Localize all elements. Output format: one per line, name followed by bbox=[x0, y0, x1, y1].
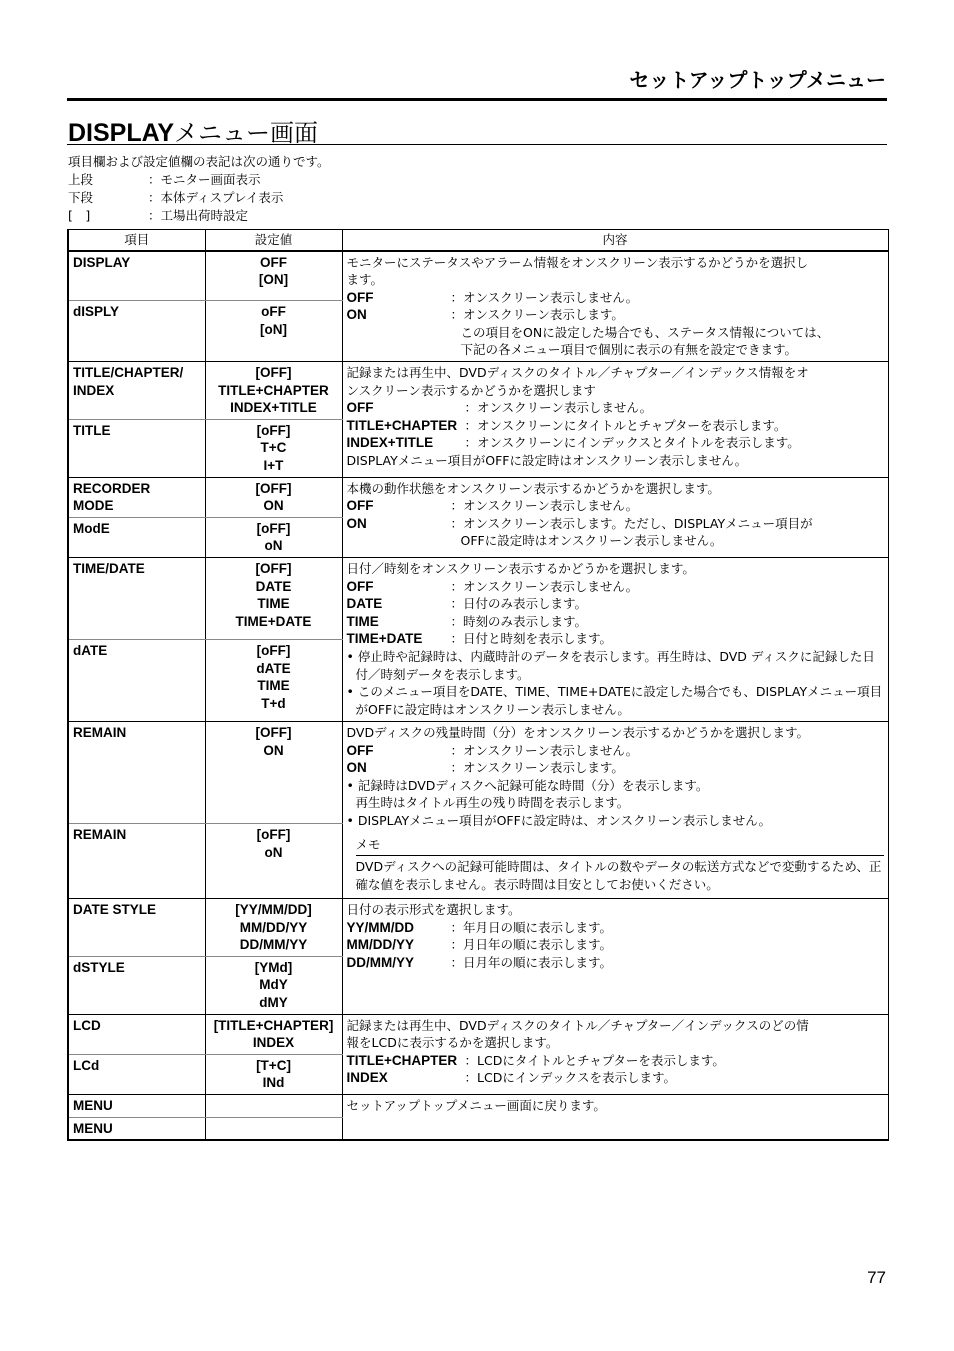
setting-value: [T+C] bbox=[210, 1057, 338, 1075]
option-value: ：オンスクリーンにインデックスとタイトルを表示します。 bbox=[465, 434, 800, 452]
option-value: ：オンスクリーン表示します。ただし、DISPLAYメニュー項目が bbox=[451, 515, 813, 533]
setting-value: DD/MM/YY bbox=[210, 936, 338, 954]
legend-intro: 項目欄および設定値欄の表記は次の通りです。 bbox=[68, 153, 330, 171]
option-value: ：オンスクリーン表示します。 bbox=[451, 759, 624, 777]
option-key: TITLE+CHAPTER bbox=[347, 417, 465, 435]
item-cell: dSTYLE bbox=[68, 956, 205, 1014]
description-cell: 本機の動作状態をオンスクリーン表示するかどうかを選択します。OFF：オンスクリー… bbox=[342, 477, 888, 557]
legend-value: ：モニター画面表示 bbox=[148, 171, 261, 189]
item-cell: RECORDERMODE bbox=[68, 477, 205, 517]
description-cell: モニターにステータスやアラーム情報をオンスクリーン表示するかどうかを選択します。… bbox=[342, 251, 888, 362]
item-cell: DISPLAY bbox=[68, 251, 205, 301]
setting-value: oN bbox=[210, 844, 338, 862]
option-row: TIME+DATE：日付と時刻を表示します。 bbox=[347, 630, 884, 648]
setting-value: [OFF] bbox=[210, 724, 338, 742]
item-label: INDEX bbox=[73, 382, 201, 400]
item-label: dATE bbox=[73, 642, 201, 660]
legend-value: ：本体ディスプレイ表示 bbox=[148, 189, 283, 207]
item-cell: REMAIN bbox=[68, 722, 205, 824]
option-row: OFF：オンスクリーン表示しません。 bbox=[347, 497, 884, 515]
title-rule bbox=[67, 144, 887, 145]
legend-key: 上段 bbox=[68, 171, 148, 189]
setting-value: OFF bbox=[210, 254, 338, 272]
setting-value: [oFF] bbox=[210, 642, 338, 660]
description-note: DISPLAYメニュー項目がOFFに設定時はオンスクリーン表示しません。 bbox=[347, 452, 884, 470]
option-value: ：オンスクリーン表示しません。 bbox=[451, 578, 639, 596]
option-key: OFF bbox=[347, 289, 451, 307]
option-row: DATE：日付のみ表示します。 bbox=[347, 595, 884, 613]
option-row: TITLE+CHAPTER：LCDにタイトルとチャプターを表示します。 bbox=[347, 1052, 884, 1070]
description-cell: 記録または再生中、DVDディスクのタイトル／チャプター／インデックス情報をオンス… bbox=[342, 362, 888, 478]
legend-key: 下段 bbox=[68, 189, 148, 207]
item-cell: MENU bbox=[68, 1094, 205, 1117]
setting-value: dMY bbox=[210, 994, 338, 1012]
legend-row: 上段 ：モニター画面表示 bbox=[68, 171, 330, 189]
option-key: DATE bbox=[347, 595, 451, 613]
option-row: YY/MM/DD：年月日の順に表示します。 bbox=[347, 919, 884, 937]
page-number: 77 bbox=[867, 1268, 886, 1288]
option-value: ：LCDにタイトルとチャプターを表示します。 bbox=[465, 1052, 725, 1070]
setting-value: TIME bbox=[210, 595, 338, 613]
table-header-row: 項目 設定値 内容 bbox=[68, 230, 888, 251]
option-value: ：オンスクリーン表示しません。 bbox=[451, 742, 639, 760]
table-row: LCD[TITLE+CHAPTER]INDEX記録または再生中、DVDディスクの… bbox=[68, 1014, 888, 1054]
option-row: INDEX+TITLE：オンスクリーンにインデックスとタイトルを表示します。 bbox=[347, 434, 884, 452]
description-cell: 日付の表示形式を選択します。YY/MM/DD：年月日の順に表示します。MM/DD… bbox=[342, 899, 888, 1015]
option-key: TIME bbox=[347, 613, 451, 631]
item-label: MODE bbox=[73, 497, 201, 515]
value-cell: [YMd]MdYdMY bbox=[205, 956, 342, 1014]
header-content: 内容 bbox=[342, 230, 888, 251]
item-cell: DATE STYLE bbox=[68, 899, 205, 957]
setting-value: [oFF] bbox=[210, 826, 338, 844]
item-label: LCd bbox=[73, 1057, 201, 1075]
table-row: MENUセットアップトップメニュー画面に戻ります。 bbox=[68, 1094, 888, 1117]
value-cell: [TITLE+CHAPTER]INDEX bbox=[205, 1014, 342, 1054]
setting-value: oN bbox=[210, 537, 338, 555]
option-row: MM/DD/YY：月日年の順に表示します。 bbox=[347, 936, 884, 954]
setting-value: ON bbox=[210, 497, 338, 515]
setting-value: MdY bbox=[210, 976, 338, 994]
item-cell: REMAIN bbox=[68, 824, 205, 899]
description-text: モニターにステータスやアラーム情報をオンスクリーン表示するかどうかを選択し bbox=[347, 254, 884, 272]
value-cell: OFF[ON] bbox=[205, 251, 342, 301]
setting-value: [oFF] bbox=[210, 422, 338, 440]
memo-body: DVDディスクへの記録可能時間は、タイトルの数やデータの転送方式などで変動するた… bbox=[356, 858, 884, 893]
table-row: RECORDERMODE[OFF]ON本機の動作状態をオンスクリーン表示するかど… bbox=[68, 477, 888, 517]
description-text: 記録または再生中、DVDディスクのタイトル／チャプター／インデックス情報をオ bbox=[347, 364, 884, 382]
item-cell: MENU bbox=[68, 1117, 205, 1140]
option-key: ON bbox=[347, 515, 451, 533]
item-label: TITLE bbox=[73, 422, 201, 440]
option-key: OFF bbox=[347, 497, 451, 515]
setting-value: dATE bbox=[210, 660, 338, 678]
option-key: INDEX+TITLE bbox=[347, 434, 465, 452]
legend: 項目欄および設定値欄の表記は次の通りです。 上段 ：モニター画面表示 下段 ：本… bbox=[68, 153, 330, 225]
setting-value: TITLE+CHAPTER bbox=[210, 382, 338, 400]
description-cell: DVDディスクの残量時間（分）をオンスクリーン表示するかどうかを選択します。OF… bbox=[342, 722, 888, 899]
value-cell: [OFF]ON bbox=[205, 477, 342, 517]
option-key: TIME+DATE bbox=[347, 630, 451, 648]
item-cell: TITLE/CHAPTER/INDEX bbox=[68, 362, 205, 420]
legend-row: [ ] ：工場出荷時設定 bbox=[68, 207, 330, 225]
option-key: YY/MM/DD bbox=[347, 919, 451, 937]
item-label: TITLE/CHAPTER/ bbox=[73, 364, 201, 382]
option-value: ：オンスクリーン表示しません。 bbox=[451, 497, 639, 515]
value-cell: [T+C]INd bbox=[205, 1054, 342, 1094]
setting-value: INDEX bbox=[210, 1034, 338, 1052]
value-cell: [OFF]ON bbox=[205, 722, 342, 824]
setting-value: TIME+DATE bbox=[210, 613, 338, 631]
table-row: TITLE/CHAPTER/INDEX[OFF]TITLE+CHAPTERIND… bbox=[68, 362, 888, 420]
value-cell: [oFF]oN bbox=[205, 824, 342, 899]
setting-value: INDEX+TITLE bbox=[210, 399, 338, 417]
option-key: OFF bbox=[347, 578, 451, 596]
description-cell: 日付／時刻をオンスクリーン表示するかどうかを選択します。OFF：オンスクリーン表… bbox=[342, 558, 888, 722]
display-menu-table: 項目 設定値 内容 DISPLAYOFF[ON]モニターにステータスやアラーム情… bbox=[67, 229, 889, 1141]
option-row: OFF：オンスクリーン表示しません。 bbox=[347, 399, 884, 417]
description-text: 日付／時刻をオンスクリーン表示するかどうかを選択します。 bbox=[347, 560, 884, 578]
item-cell: ModE bbox=[68, 517, 205, 557]
section-title: セットアップトップメニュー bbox=[629, 64, 886, 93]
item-label: MENU bbox=[73, 1120, 201, 1138]
item-label: DISPLAY bbox=[73, 254, 201, 272]
description-cell: セットアップトップメニュー画面に戻ります。 bbox=[342, 1094, 888, 1140]
value-cell: oFF[oN] bbox=[205, 301, 342, 362]
option-key: ON bbox=[347, 306, 451, 324]
description-text: ます。 bbox=[347, 271, 884, 289]
option-row: ON：オンスクリーン表示します。 bbox=[347, 306, 884, 324]
header-value: 設定値 bbox=[205, 230, 342, 251]
header-item: 項目 bbox=[68, 230, 205, 251]
item-cell: LCD bbox=[68, 1014, 205, 1054]
setting-value: [ON] bbox=[210, 271, 338, 289]
option-value: ：オンスクリーン表示しません。 bbox=[451, 289, 639, 307]
setting-value: [YMd] bbox=[210, 959, 338, 977]
value-cell: [oFF]dATETIMET+d bbox=[205, 640, 342, 722]
option-row: OFF：オンスクリーン表示しません。 bbox=[347, 742, 884, 760]
value-cell bbox=[205, 1117, 342, 1140]
setting-value: [OFF] bbox=[210, 560, 338, 578]
setting-value: oFF bbox=[210, 303, 338, 321]
item-label: MENU bbox=[73, 1097, 201, 1115]
option-value: ：日付のみ表示します。 bbox=[451, 595, 588, 613]
setting-value: DATE bbox=[210, 578, 338, 596]
item-label: dISPLY bbox=[73, 303, 201, 321]
item-label: LCD bbox=[73, 1017, 201, 1035]
description-text: 記録または再生中、DVDディスクのタイトル／チャプター／インデックスのどの情 bbox=[347, 1017, 884, 1035]
item-label: REMAIN bbox=[73, 724, 201, 742]
item-cell: TIME/DATE bbox=[68, 558, 205, 640]
option-row: TIME：時刻のみ表示します。 bbox=[347, 613, 884, 631]
legend-key: [ ] bbox=[68, 207, 148, 225]
top-rule bbox=[67, 98, 887, 101]
description-text: 日付の表示形式を選択します。 bbox=[347, 901, 884, 919]
description-text: 報をLCDに表示するかを選択します。 bbox=[347, 1034, 884, 1052]
page-title-jp: メニュー画面 bbox=[174, 119, 318, 147]
option-row: ON：オンスクリーン表示します。ただし、DISPLAYメニュー項目が bbox=[347, 515, 884, 533]
setting-value: TIME bbox=[210, 677, 338, 695]
option-row: DD/MM/YY：日月年の順に表示します。 bbox=[347, 954, 884, 972]
description-cell: 記録または再生中、DVDディスクのタイトル／チャプター／インデックスのどの情報を… bbox=[342, 1014, 888, 1094]
option-key: DD/MM/YY bbox=[347, 954, 451, 972]
item-label: REMAIN bbox=[73, 826, 201, 844]
setting-value: [TITLE+CHAPTER] bbox=[210, 1017, 338, 1035]
option-value: ：LCDにインデックスを表示します。 bbox=[465, 1069, 676, 1087]
setting-value: ON bbox=[210, 742, 338, 760]
bullet-item: • DISPLAYメニュー項目がOFFに設定時は、オンスクリーン表示しません。 bbox=[347, 812, 884, 830]
table-row: REMAIN[OFF]ONDVDディスクの残量時間（分）をオンスクリーン表示する… bbox=[68, 722, 888, 824]
value-cell: [oFF]T+CI+T bbox=[205, 419, 342, 477]
item-label: DATE STYLE bbox=[73, 901, 201, 919]
setting-value: [oN] bbox=[210, 321, 338, 339]
option-key: ON bbox=[347, 759, 451, 777]
setting-value: T+d bbox=[210, 695, 338, 713]
item-label: TIME/DATE bbox=[73, 560, 201, 578]
item-cell: TITLE bbox=[68, 419, 205, 477]
setting-value: [OFF] bbox=[210, 364, 338, 382]
bullet-item: • 停止時や記録時は、内蔵時計のデータを表示します。再生時は、DVD ディスクに… bbox=[347, 648, 884, 683]
bullet-item: • 記録時はDVDディスクへ記録可能な時間（分）を表示します。 bbox=[347, 777, 884, 795]
option-key: INDEX bbox=[347, 1069, 465, 1087]
option-row: TITLE+CHAPTER：オンスクリーンにタイトルとチャプターを表示します。 bbox=[347, 417, 884, 435]
description-text: セットアップトップメニュー画面に戻ります。 bbox=[347, 1097, 884, 1115]
item-cell: dISPLY bbox=[68, 301, 205, 362]
value-cell: [YY/MM/DD]MM/DD/YYDD/MM/YY bbox=[205, 899, 342, 957]
option-value: ：日付と時刻を表示します。 bbox=[451, 630, 613, 648]
option-key: OFF bbox=[347, 399, 465, 417]
option-key: TITLE+CHAPTER bbox=[347, 1052, 465, 1070]
legend-row: 下段 ：本体ディスプレイ表示 bbox=[68, 189, 330, 207]
table-row: DISPLAYOFF[ON]モニターにステータスやアラーム情報をオンスクリーン表… bbox=[68, 251, 888, 301]
item-label: dSTYLE bbox=[73, 959, 201, 977]
description-text: ンスクリーン表示するかどうかを選択します bbox=[347, 382, 884, 400]
description-text: 本機の動作状態をオンスクリーン表示するかどうかを選択します。 bbox=[347, 480, 884, 498]
page-title: DISPLAYメニュー画面 bbox=[68, 113, 318, 148]
setting-value: INd bbox=[210, 1074, 338, 1092]
option-row: OFF：オンスクリーン表示しません。 bbox=[347, 578, 884, 596]
legend-value: ：工場出荷時設定 bbox=[148, 207, 248, 225]
setting-value: [OFF] bbox=[210, 480, 338, 498]
description-indent: OFFに設定時はオンスクリーン表示しません。 bbox=[347, 532, 884, 550]
option-value: ：オンスクリーン表示します。 bbox=[451, 306, 624, 324]
bullet-continuation: 再生時はタイトル再生の残り時間を表示します。 bbox=[347, 794, 884, 812]
setting-value: [YY/MM/DD] bbox=[210, 901, 338, 919]
bullet-item: • このメニュー項目をDATE、TIME、TIME+DATEに設定した場合でも、… bbox=[347, 683, 884, 718]
option-value: ：時刻のみ表示します。 bbox=[451, 613, 588, 631]
option-value: ：日月年の順に表示します。 bbox=[451, 954, 613, 972]
value-cell: [OFF]TITLE+CHAPTERINDEX+TITLE bbox=[205, 362, 342, 420]
table-row: TIME/DATE[OFF]DATETIMETIME+DATE日付／時刻をオンス… bbox=[68, 558, 888, 640]
item-label: RECORDER bbox=[73, 480, 201, 498]
option-value: ：オンスクリーン表示しません。 bbox=[465, 399, 653, 417]
setting-value: [oFF] bbox=[210, 520, 338, 538]
item-label: ModE bbox=[73, 520, 201, 538]
value-cell: [oFF]oN bbox=[205, 517, 342, 557]
setting-value: MM/DD/YY bbox=[210, 919, 338, 937]
table-row: DATE STYLE[YY/MM/DD]MM/DD/YYDD/MM/YY日付の表… bbox=[68, 899, 888, 957]
option-row: ON：オンスクリーン表示します。 bbox=[347, 759, 884, 777]
option-row: INDEX：LCDにインデックスを表示します。 bbox=[347, 1069, 884, 1087]
option-key: OFF bbox=[347, 742, 451, 760]
item-cell: LCd bbox=[68, 1054, 205, 1094]
description-indent: 下記の各メニュー項目で個別に表示の有無を設定できます。 bbox=[347, 341, 884, 359]
description-indent: この項目をONに設定した場合でも、ステータス情報については、 bbox=[347, 324, 884, 342]
setting-value: T+C bbox=[210, 439, 338, 457]
description-text: DVDディスクの残量時間（分）をオンスクリーン表示するかどうかを選択します。 bbox=[347, 724, 884, 742]
option-value: ：オンスクリーンにタイトルとチャプターを表示します。 bbox=[465, 417, 787, 435]
option-key: MM/DD/YY bbox=[347, 936, 451, 954]
value-cell: [OFF]DATETIMETIME+DATE bbox=[205, 558, 342, 640]
option-value: ：月日年の順に表示します。 bbox=[451, 936, 613, 954]
setting-value: I+T bbox=[210, 457, 338, 475]
option-value: ：年月日の順に表示します。 bbox=[451, 919, 613, 937]
value-cell bbox=[205, 1094, 342, 1117]
option-row: OFF：オンスクリーン表示しません。 bbox=[347, 289, 884, 307]
memo-title: メモ bbox=[356, 836, 884, 857]
item-cell: dATE bbox=[68, 640, 205, 722]
page-title-latin: DISPLAY bbox=[68, 119, 174, 147]
